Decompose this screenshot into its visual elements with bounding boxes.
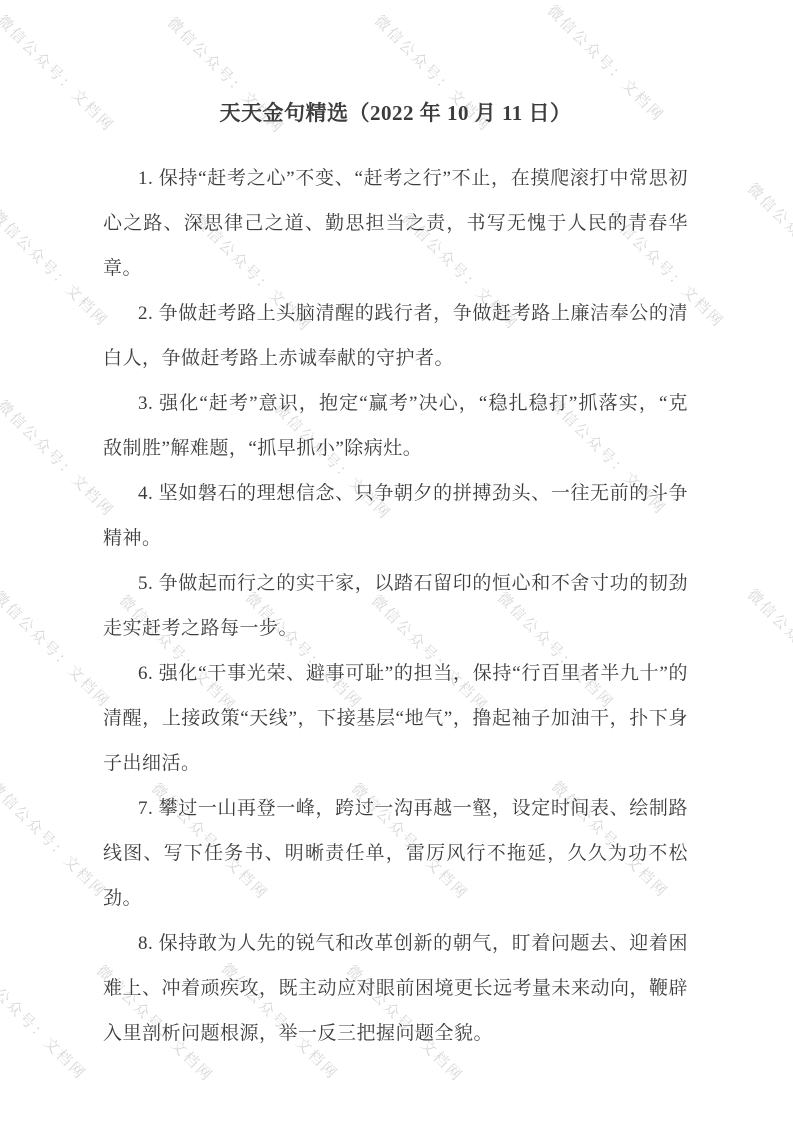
paragraph-8: 8. 保持敢为人先的锐气和改革创新的朝气，盯着问题去、迎着困难上、冲着顽疾攻，既… (103, 921, 688, 1056)
paragraph-1: 1. 保持“赶考之心”不变、“赶考之行”不止，在摸爬滚打中常思初心之路、深思律己… (103, 156, 688, 291)
document-content: 天天金句精选（2022 年 10 月 11 日） 1. 保持“赶考之心”不变、“… (103, 96, 688, 1056)
watermark-text: 微信公众号：文档网 (743, 178, 793, 304)
paragraph-3: 3. 强化“赶考”意识，抱定“赢考”决心，“稳扎稳打”抓落实，“克敌制胜”解难题… (103, 381, 688, 471)
paragraph-4: 4. 坚如磐石的理想信念、只争朝夕的拼搏劲头、一往无前的斗争精神。 (103, 471, 688, 561)
paragraph-6: 6. 强化“干事光荣、避事可耻”的担当，保持“行百里者半九十”的清醒，上接政策“… (103, 651, 688, 786)
watermark-text: 微信公众号：文档网 (0, 395, 119, 521)
document-page: 微信公众号：文档网微信公众号：文档网微信公众号：文档网微信公众号：文档网微信公众… (0, 0, 793, 1122)
watermark-text: 微信公众号：文档网 (0, 10, 119, 136)
paragraph-2: 2. 争做赶考路上头脑清醒的践行者，争做赶考路上廉洁奉公的清白人，争做赶考路上赤… (103, 291, 688, 381)
watermark-text: 微信公众号：文档网 (0, 958, 91, 1084)
watermark-text: 微信公众号：文档网 (0, 586, 115, 712)
watermark-text: 微信公众号：文档网 (743, 584, 793, 710)
paragraph-7: 7. 攀过一山再登一峰，跨过一沟再越一壑，设定时间表、绘制路线图、写下任务书、明… (103, 786, 688, 921)
watermark-text: 微信公众号：文档网 (0, 205, 113, 331)
paragraph-5: 5. 争做起而行之的实干家，以踏石留印的恒心和不舍寸功的韧劲走实赶考之路每一步。 (103, 561, 688, 651)
document-title: 天天金句精选（2022 年 10 月 11 日） (103, 96, 688, 130)
watermark-text: 微信公众号：文档网 (0, 776, 111, 902)
